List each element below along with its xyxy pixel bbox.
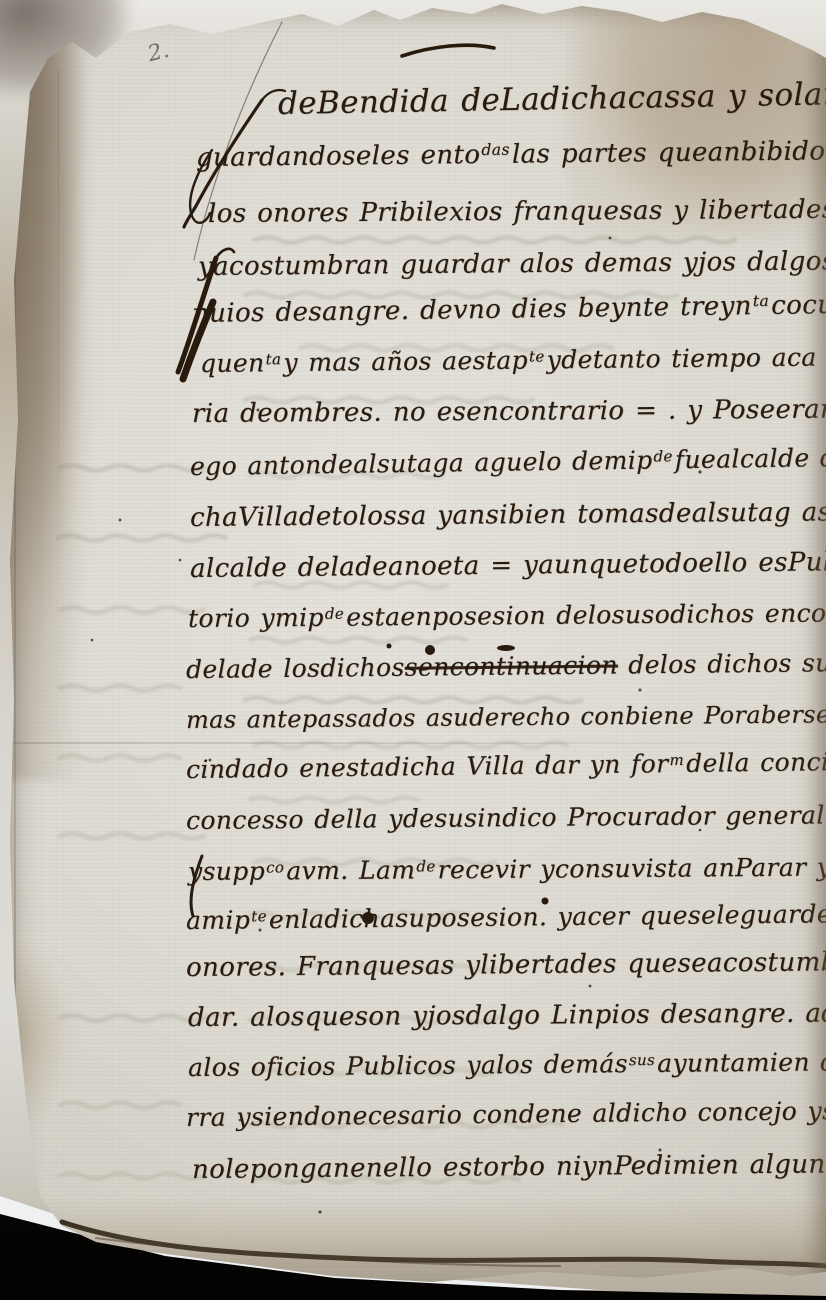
text-segment: yacostumbran guardar alos demas yjos dal…	[198, 246, 826, 282]
manuscript-line: dar. alosqueson yjosdalgo Linpios desang…	[188, 998, 826, 1033]
text-segment: alcalde deladeanoeta = yaunquetodoello e…	[190, 546, 826, 584]
text-segment: ria deombres. no esencontrario = . y Pos…	[192, 394, 826, 429]
text-segment: guardandoseles ento	[196, 140, 481, 173]
manuscript-line: los onores Pribilexios franquesas y libe…	[208, 194, 826, 229]
text-segment: della concita	[686, 747, 826, 778]
text-segment: das	[481, 141, 510, 159]
text-segment: concesso della ydesusindico Procurador g…	[186, 799, 826, 835]
manuscript-scan: deBendida deLadichacassa y solar de asut…	[0, 0, 826, 1300]
text-segment: las partes queanbibido y morado Ados	[512, 134, 826, 170]
text-segment: alos oficios Publicos yalos demás	[188, 1049, 628, 1082]
text-segment: te	[529, 347, 545, 365]
text-segment: m	[669, 750, 684, 768]
manuscript-line: quentay mas años aestapteydetanto tiempo…	[200, 341, 826, 378]
manuscript-line: ysuppcoavm. Lamderecevir yconsuvista anP…	[188, 852, 826, 886]
manuscript-line: deBendida deLadichacassa y solar de asut…	[278, 71, 826, 122]
text-segment: nuios desangre. devno dies beynte treyn	[192, 291, 752, 329]
manuscript-line: rra ysiendonecesario condene aldicho con…	[186, 1095, 826, 1132]
text-segment: avm. Lam	[286, 855, 415, 885]
manuscript-line: guardandoseles entodaslas partes queanbi…	[196, 134, 826, 173]
text-segment: deBendida deLadichacassa y solar de asut…	[278, 71, 826, 122]
text-segment: delade losdichos	[186, 653, 405, 684]
text-segment: onores. Franquesas ylibertades queseacos…	[186, 946, 826, 983]
text-segment: dar. alosqueson yjosdalgo Linpios desang…	[188, 998, 826, 1033]
text-segment: estaenposesion delosusodichos encontinua…	[346, 597, 826, 631]
text-segment: cocuen	[771, 290, 826, 321]
manuscript-line: amipteenladichasuposesion. yacer quesele…	[186, 898, 826, 935]
handwritten-text: deBendida deLadichacassa y solar de asut…	[0, 0, 826, 1300]
text-segment: rra ysiendonecesario condene aldicho con…	[186, 1095, 826, 1132]
text-segment: cindado enestadicha Villa dar yn for	[186, 749, 669, 784]
manuscript-line: cindado enestadicha Villa dar yn formdel…	[186, 746, 826, 784]
manuscript-line: nuios desangre. devno dies beynte treynt…	[192, 288, 826, 329]
manuscript-line: ego antondealsutaga aguelo demipdefuealc…	[190, 442, 826, 481]
text-segment: amip	[186, 905, 251, 935]
text-segment: te	[251, 907, 267, 925]
manuscript-line: delade losdichossencontinuacion delos di…	[186, 647, 826, 684]
text-segment: y mas años aestap	[283, 346, 528, 378]
manuscript-line: ria deombres. no esencontrario = . y Pos…	[192, 394, 826, 429]
text-segment: de	[325, 604, 344, 622]
manuscript-line: yacostumbran guardar alos demas yjos dal…	[198, 246, 826, 282]
text-segment: noleponganenello estorbo niynPedimien al…	[192, 1149, 826, 1185]
text-segment: los onores Pribilexios franquesas y libe…	[208, 194, 826, 229]
manuscript-line: concesso della ydesusindico Procurador g…	[186, 799, 826, 835]
text-segment: ayuntamien dePab	[657, 1047, 826, 1078]
text-segment: chaVilladetolossa yansibien tomasdealsut…	[190, 497, 826, 533]
manuscript-line: noleponganenello estorbo niynPedimien al…	[192, 1149, 826, 1185]
text-segment: ego antondealsutaga aguelo demip	[190, 446, 653, 481]
text-segment: mas antepassados asuderecho conbiene Por…	[186, 699, 826, 734]
crossed-out-word: sencontinuacion	[405, 650, 618, 681]
text-segment: fuealcalde deladi	[675, 442, 826, 474]
manuscript-line: mas antepassados asuderecho conbiene Por…	[186, 699, 826, 734]
manuscript-line: torio ymipdeestaenposesion delosusodicho…	[188, 597, 826, 633]
manuscript-page: deBendida deLadichacassa y solar de asut…	[0, 0, 826, 1300]
text-segment: sus	[629, 1050, 655, 1068]
text-segment: recevir yconsuvista anParar ydefenda	[438, 852, 826, 884]
text-segment: quen	[200, 348, 265, 378]
manuscript-line: alos oficios Publicos yalos demássusayun…	[188, 1047, 826, 1082]
text-segment: enladichasuposesion. yacer queseleguarde…	[269, 898, 826, 934]
text-segment: ta	[753, 292, 770, 310]
text-segment: ta	[265, 350, 281, 368]
text-segment: ysupp	[188, 856, 265, 886]
text-segment: de	[416, 857, 435, 875]
text-segment: torio ymip	[188, 603, 324, 633]
text-segment: de	[653, 447, 673, 465]
manuscript-line: onores. Franquesas ylibertades queseacos…	[186, 946, 826, 983]
text-segment: ydetanto tiempo aca quememo	[547, 341, 826, 374]
text-segment: co	[266, 858, 284, 876]
manuscript-line: alcalde deladeanoeta = yaunquetodoello e…	[190, 546, 826, 584]
text-segment: delos dichos suspadres	[618, 647, 826, 679]
manuscript-line: chaVilladetolossa yansibien tomasdealsut…	[190, 497, 826, 533]
